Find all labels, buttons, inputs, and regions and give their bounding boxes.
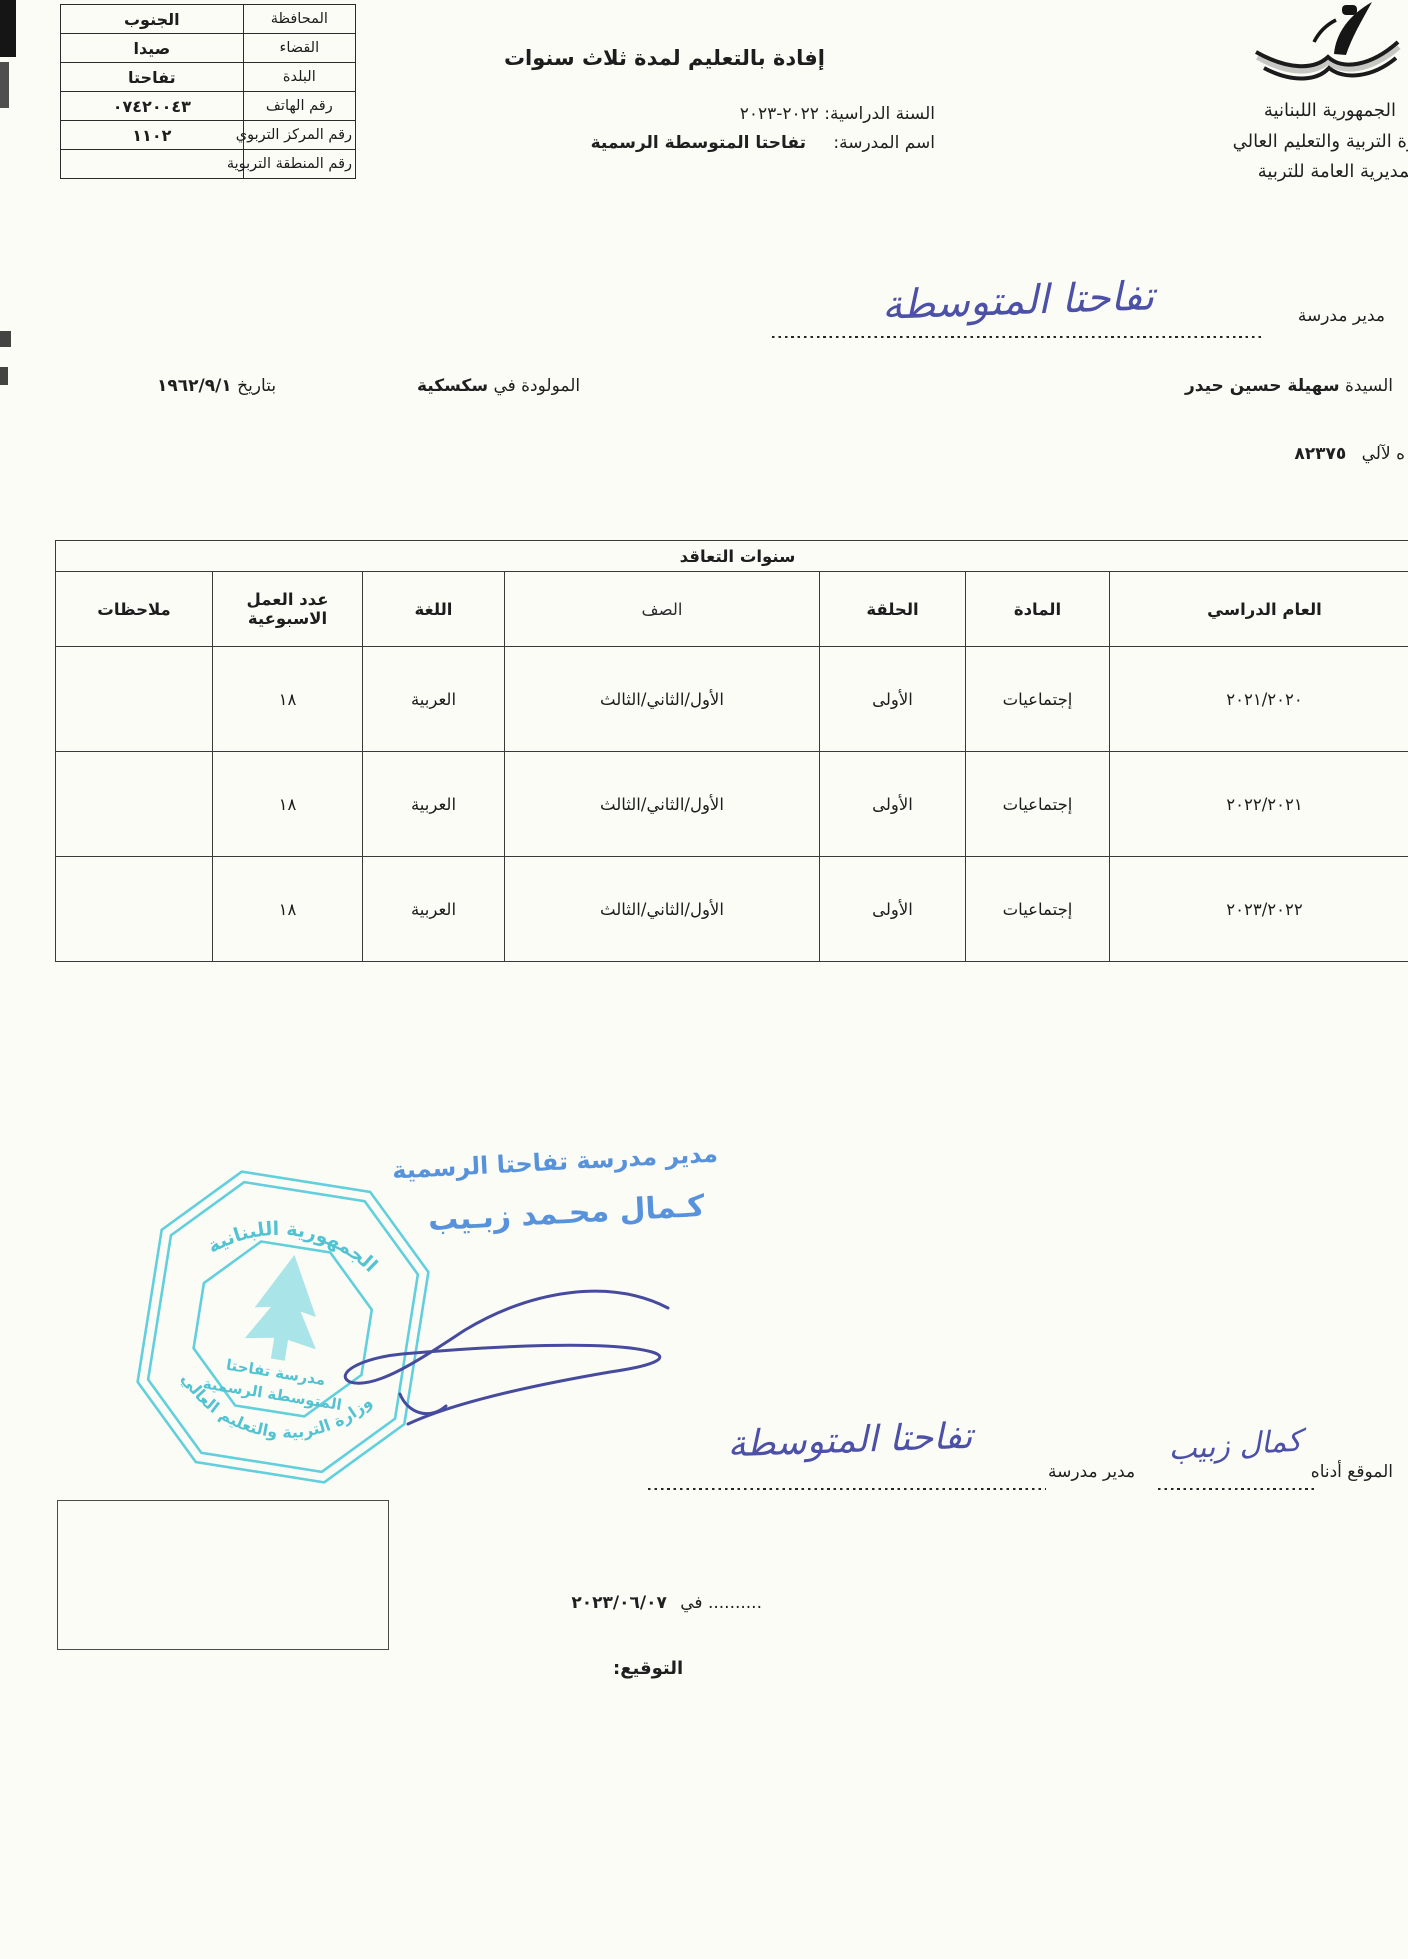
director-of-school-label: مدير مدرسة (1048, 1462, 1135, 1482)
cell-grade: الأول/الثاني/الثالث (505, 752, 820, 857)
table-row: ٢٠٢٣/٢٠٢٢ إجتماعيات الأولى الأول/الثاني/… (56, 857, 1408, 962)
cell-cycle: الأولى (820, 647, 966, 752)
undersigned-name-dotline (1158, 1488, 1316, 1490)
handwritten-director-name: كمال زبيب (1139, 1421, 1331, 1469)
cell-language: العربية (363, 752, 505, 857)
info-value: تفاحتا (61, 63, 244, 92)
born-in-label: المولودة في (493, 376, 580, 396)
cell-grade: الأول/الثاني/الثالث (505, 857, 820, 962)
table-column-header-row: العام الدراسي المادة الحلقة الصف اللغة ع… (56, 572, 1408, 647)
school-year-label: السنة الدراسية: (824, 104, 935, 124)
cell-school-year: ٢٠٢٣/٢٠٢٢ (1110, 857, 1408, 962)
info-label: القضاء (243, 34, 355, 63)
info-label: رقم المنطقة التربوية (243, 150, 355, 179)
col-header-school-year: العام الدراسي (1110, 572, 1408, 647)
cell-notes (56, 857, 213, 962)
person-title: السيدة (1345, 376, 1393, 396)
director-stamp-title: مدير مدرسة تفاحتا الرسمية (391, 1139, 718, 1184)
ministry-book-logo-icon (1248, 0, 1406, 96)
cell-school-year: ٢٠٢٢/٢٠٢١ (1110, 752, 1408, 857)
date-value: ٢٠٢٣/٠٦/٠٧ (571, 1593, 666, 1613)
handwritten-school-name-1: تفاحتا المتوسطة (777, 270, 1258, 333)
cell-school-year: ٢٠٢١/٢٠٢٠ (1110, 647, 1408, 752)
table-row: ٢٠٢١/٢٠٢٠ إجتماعيات الأولى الأول/الثاني/… (56, 647, 1408, 752)
auto-number-line: ه لآلي ٨٢٣٧٥ (1294, 444, 1405, 464)
undersigned-label: الموقع أدناه (1311, 1462, 1393, 1482)
info-value: ١١٠٢ (61, 121, 244, 150)
info-label: المحافظة (243, 5, 355, 34)
col-header-weekly-hours: عدد العمل الاسبوعية (213, 572, 363, 647)
info-row: رقم المركز التربوي ١١٠٢ (61, 121, 356, 150)
director-line-label: مدير مدرسة (1298, 306, 1385, 326)
born-place: سكسكية (417, 376, 488, 396)
gov-republic-line: الجمهورية اللبنانية (1264, 100, 1396, 121)
info-label: رقم المركز التربوي (243, 121, 355, 150)
scan-artifact-left-2 (0, 331, 11, 347)
cell-subject: إجتماعيات (966, 752, 1110, 857)
col-header-notes: ملاحظات (56, 572, 213, 647)
cell-language: العربية (363, 857, 505, 962)
birth-date-value: ١٩٦٢/٩/١ (157, 376, 232, 396)
scan-artifact-left-1 (0, 62, 9, 108)
handwritten-school-name-2: تفاحتا المتوسطة (654, 1413, 1045, 1468)
auto-number-value: ٨٢٣٧٥ (1294, 444, 1346, 464)
director-line-dotline (772, 336, 1264, 338)
cell-grade: الأول/الثاني/الثالث (505, 647, 820, 752)
info-label: البلدة (243, 63, 355, 92)
cell-weekly-hours: ١٨ (213, 752, 363, 857)
auto-number-fragment: ه لآلي (1362, 444, 1405, 464)
cell-language: العربية (363, 647, 505, 752)
cell-cycle: الأولى (820, 857, 966, 962)
certificate-title: إفادة بالتعليم لمدة ثلاث سنوات (540, 46, 825, 70)
date-line: .......... في ٢٠٢٣/٠٦/٠٧ (437, 1593, 762, 1613)
cell-weekly-hours: ١٨ (213, 857, 363, 962)
col-header-grade: الصف (505, 572, 820, 647)
person-name: سهيلة حسين حيدر (1185, 376, 1340, 396)
info-row: رقم الهاتف ٠٧٤٢٠٠٤٣ (61, 92, 356, 121)
info-value (61, 150, 244, 179)
school-year-line: السنة الدراسية: ٢٠٢٢-٢٠٢٣ (734, 104, 935, 124)
table-span-header: سنوات التعاقد (56, 541, 1408, 572)
info-label: رقم الهاتف (243, 92, 355, 121)
school-name-value: تفاحتا المتوسطة الرسمية (591, 133, 806, 153)
scan-artifact-top-left (0, 0, 16, 57)
school-name-label: اسم المدرسة: (833, 133, 935, 153)
col-header-subject: المادة (966, 572, 1110, 647)
cell-notes (56, 752, 213, 857)
col-header-language: اللغة (363, 572, 505, 647)
info-row: رقم المنطقة التربوية (61, 150, 356, 179)
info-value: ٠٧٤٢٠٠٤٣ (61, 92, 244, 121)
info-value: صيدا (61, 34, 244, 63)
cell-cycle: الأولى (820, 752, 966, 857)
gov-ministry-line: وزارة التربية والتعليم العالي (1233, 131, 1408, 152)
school-name-line: اسم المدرسة: تفاحتا المتوسطة الرسمية (591, 133, 935, 153)
scanned-document-page: المحافظة الجنوب القضاء صيدا البلدة تفاحت… (0, 0, 1408, 1959)
col-header-cycle: الحلقة (820, 572, 966, 647)
cell-notes (56, 647, 213, 752)
birth-date-label: بتاريخ (237, 376, 276, 396)
born-line: المولودة في سكسكية (417, 376, 580, 396)
scan-artifact-left-3 (0, 367, 8, 385)
cell-subject: إجتماعيات (966, 647, 1110, 752)
cell-subject: إجتماعيات (966, 857, 1110, 962)
info-row: المحافظة الجنوب (61, 5, 356, 34)
school-name-dotline (648, 1488, 1046, 1490)
person-line: السيدة سهيلة حسين حيدر (1185, 376, 1393, 396)
info-row: البلدة تفاحتا (61, 63, 356, 92)
director-signature-icon (280, 1262, 680, 1472)
signature-label: التوقيع: (613, 1658, 683, 1679)
gov-directorate-line: المديرية العامة للتربية (1258, 161, 1408, 182)
info-table: المحافظة الجنوب القضاء صيدا البلدة تفاحت… (60, 4, 356, 179)
cell-weekly-hours: ١٨ (213, 647, 363, 752)
birth-date-line: بتاريخ ١٩٦٢/٩/١ (157, 376, 276, 396)
table-span-header-row: سنوات التعاقد (56, 541, 1408, 572)
date-in-label: في (680, 1593, 702, 1613)
school-year-value: ٢٠٢٢-٢٠٢٣ (734, 104, 819, 124)
info-value: الجنوب (61, 5, 244, 34)
date-dots: .......... (708, 1593, 762, 1613)
table-row: ٢٠٢٢/٢٠٢١ إجتماعيات الأولى الأول/الثاني/… (56, 752, 1408, 857)
attachment-box (57, 1500, 389, 1650)
info-row: القضاء صيدا (61, 34, 356, 63)
contract-years-table: سنوات التعاقد العام الدراسي المادة الحلق… (55, 540, 1408, 962)
